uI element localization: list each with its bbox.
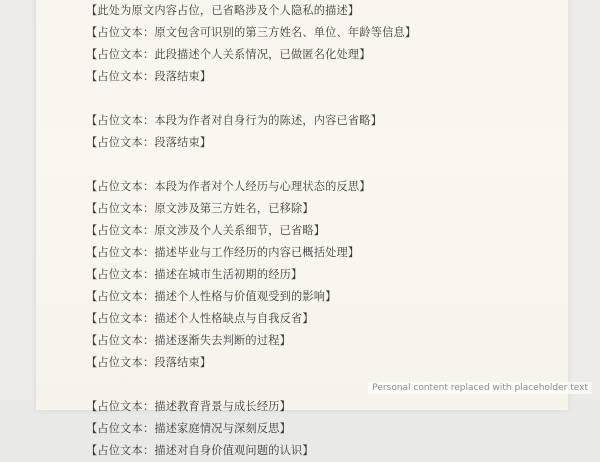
text-line: 【占位文本：本段为作者对自身行为的陈述，内容已省略】 <box>86 110 526 132</box>
text-line: 【占位文本：描述个人性格缺点与自我反省】 <box>86 308 526 330</box>
text-line: 【占位文本：段落结束】 <box>86 352 526 374</box>
paragraph-4: 【占位文本：描述教育背景与成长经历】 【占位文本：描述家庭情况与深刻反思】 【占… <box>86 396 526 400</box>
paragraph-spacer <box>86 88 526 110</box>
paragraph-1: 【此处为原文内容占位，已省略涉及个人隐私的描述】 【占位文本：原文包含可识别的第… <box>86 0 526 88</box>
redaction-note: Personal content replaced with placehold… <box>368 382 592 394</box>
paragraph-2: 【占位文本：本段为作者对自身行为的陈述，内容已省略】 【占位文本：段落结束】 <box>86 110 526 154</box>
text-line: 【占位文本：此段描述个人关系情况，已做匿名化处理】 <box>86 44 526 66</box>
text-line: 【占位文本：原文涉及个人关系细节，已省略】 <box>86 220 526 242</box>
text-line: 【占位文本：原文包含可识别的第三方姓名、单位、年龄等信息】 <box>86 22 526 44</box>
document-body: 【此处为原文内容占位，已省略涉及个人隐私的描述】 【占位文本：原文包含可识别的第… <box>86 0 526 400</box>
text-line: 【占位文本：描述教育背景与成长经历】 <box>86 396 526 400</box>
text-line: 【占位文本：本段为作者对个人经历与心理状态的反思】 <box>86 176 526 198</box>
text-line: 【此处为原文内容占位，已省略涉及个人隐私的描述】 <box>86 0 526 22</box>
text-line: 【占位文本：原文涉及第三方姓名，已移除】 <box>86 198 526 220</box>
text-line: 【占位文本：描述逐渐失去判断的过程】 <box>86 330 526 352</box>
paragraph-3: 【占位文本：本段为作者对个人经历与心理状态的反思】 【占位文本：原文涉及第三方姓… <box>86 176 526 374</box>
text-line: 【占位文本：描述毕业与工作经历的内容已概括处理】 <box>86 242 526 264</box>
text-line: 【占位文本：描述个人性格与价值观受到的影响】 <box>86 286 526 308</box>
text-line: 【占位文本：段落结束】 <box>86 132 526 154</box>
paragraph-spacer <box>86 154 526 176</box>
text-line: 【占位文本：段落结束】 <box>86 66 526 88</box>
text-line: 【占位文本：描述在城市生活初期的经历】 <box>86 264 526 286</box>
